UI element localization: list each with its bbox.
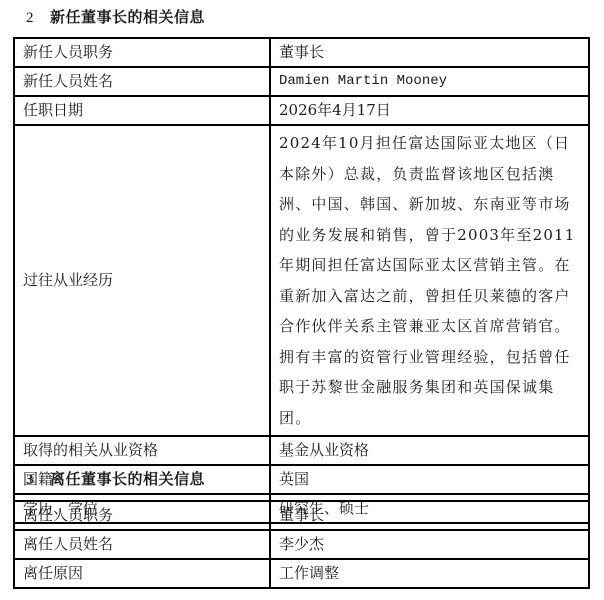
table-row: 离任人员职务 董事长 xyxy=(14,501,589,530)
section-2-title: 新任董事长的相关信息 xyxy=(50,8,205,26)
table-row: 取得的相关从业资格 基金从业资格 xyxy=(14,436,589,465)
row-label: 取得的相关从业资格 xyxy=(14,436,270,465)
row-label: 过往从业经历 xyxy=(14,125,270,436)
row-label: 离任人员姓名 xyxy=(14,530,270,559)
table-row: 任职日期 2026年4月17日 xyxy=(14,96,589,125)
table-row: 离任原因 工作调整 xyxy=(14,559,589,588)
table-row: 离任人员姓名 李少杰 xyxy=(14,530,589,559)
row-value: 2026年4月17日 xyxy=(270,96,589,125)
row-value: 董事长 xyxy=(270,38,589,67)
row-value: 基金从业资格 xyxy=(270,436,589,465)
section-2-number: 2 xyxy=(26,10,50,27)
table-row: 新任人员职务 董事长 xyxy=(14,38,589,67)
new-chairman-table: 新任人员职务 董事长 新任人员姓名 Damien Martin Mooney 任… xyxy=(13,37,590,524)
row-value: 李少杰 xyxy=(270,530,589,559)
row-label: 新任人员职务 xyxy=(14,38,270,67)
row-value: Damien Martin Mooney xyxy=(270,67,589,96)
row-value: 工作调整 xyxy=(270,559,589,588)
section-3-number: 3 xyxy=(26,472,50,489)
section-2-heading: 2新任董事长的相关信息 xyxy=(26,6,205,27)
row-value: 英国 xyxy=(270,465,589,494)
section-3-heading: 3离任董事长的相关信息 xyxy=(26,468,205,489)
table-row: 新任人员姓名 Damien Martin Mooney xyxy=(14,67,589,96)
row-label: 离任人员职务 xyxy=(14,501,270,530)
section-3-title: 离任董事长的相关信息 xyxy=(50,470,205,488)
departing-chairman-table: 离任人员职务 董事长 离任人员姓名 李少杰 离任原因 工作调整 xyxy=(13,500,590,589)
row-value: 董事长 xyxy=(270,501,589,530)
row-value: 2024年10月担任富达国际亚太地区（日本除外）总裁，负责监督该地区包括澳洲、中… xyxy=(270,125,589,436)
row-label: 任职日期 xyxy=(14,96,270,125)
row-label: 离任原因 xyxy=(14,559,270,588)
row-label: 新任人员姓名 xyxy=(14,67,270,96)
table-row: 过往从业经历 2024年10月担任富达国际亚太地区（日本除外）总裁，负责监督该地… xyxy=(14,125,589,436)
